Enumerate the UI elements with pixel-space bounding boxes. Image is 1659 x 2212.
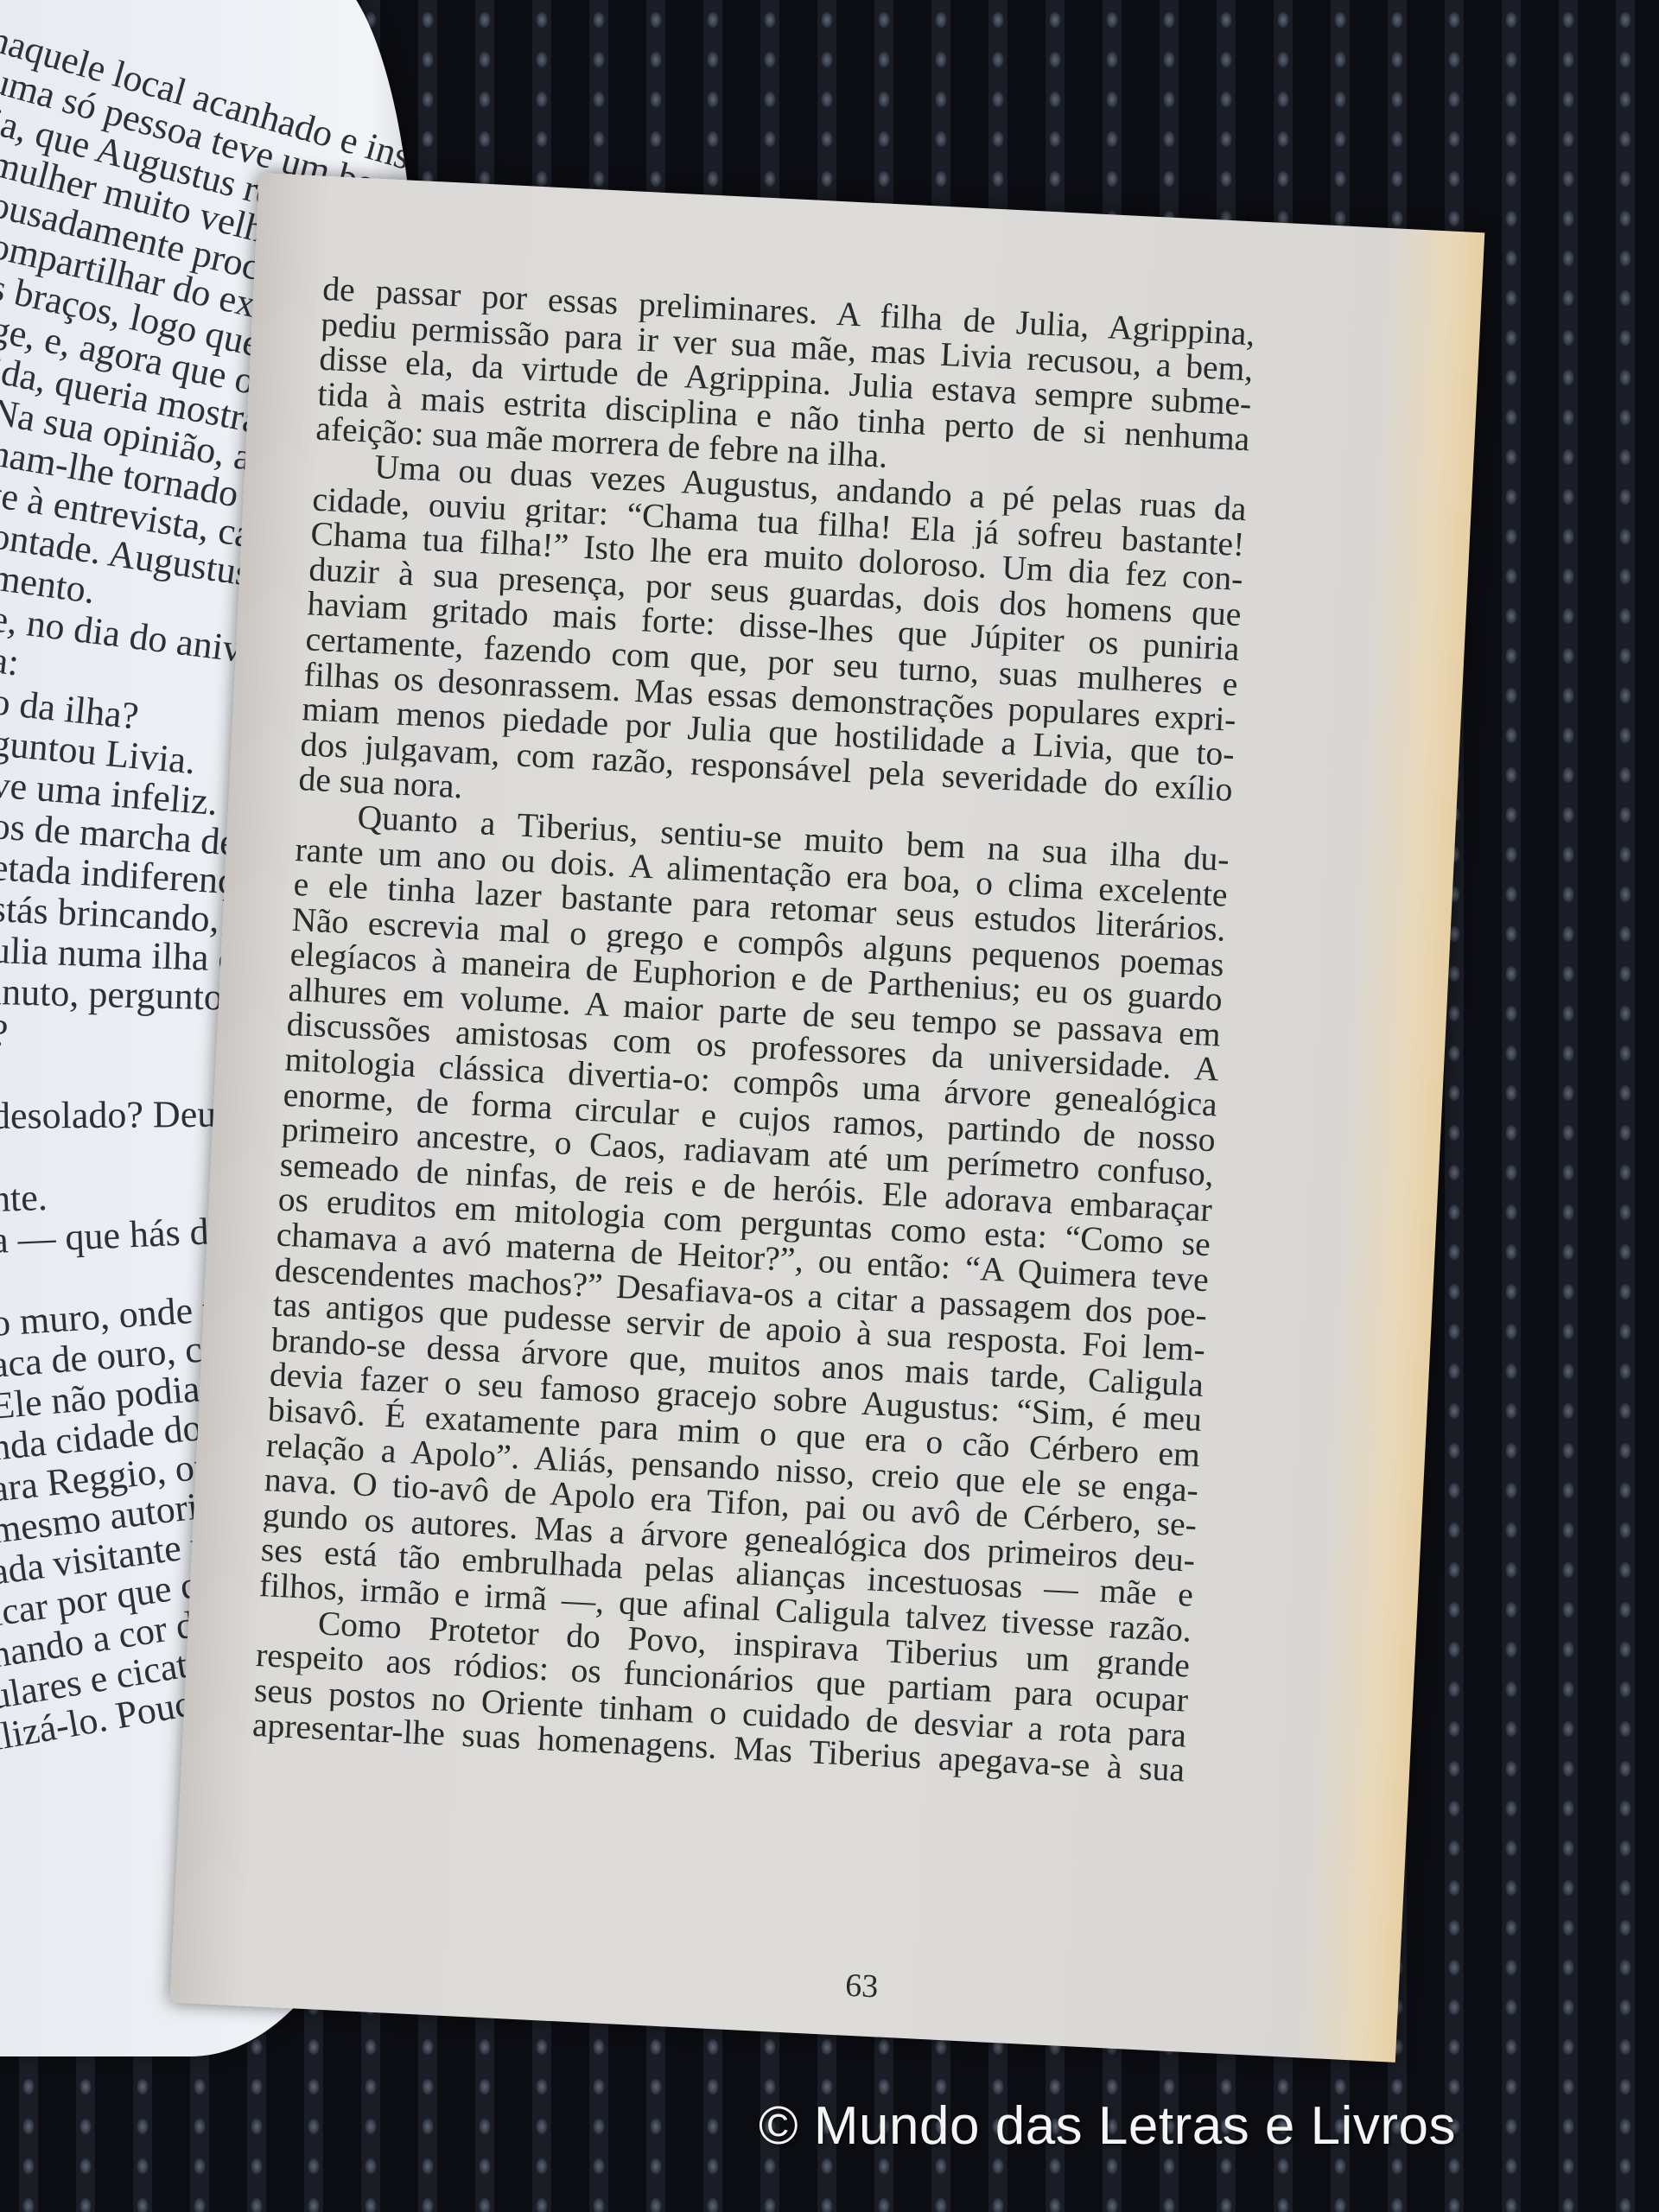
copyright-watermark: © Mundo das Letras e Livros [759,2095,1456,2157]
page-number: 63 [844,1967,879,2006]
right-page-text: de passar por essas preliminares. A filh… [251,271,1255,1789]
right-page: de passar por essas preliminares. A filh… [169,173,1484,2063]
